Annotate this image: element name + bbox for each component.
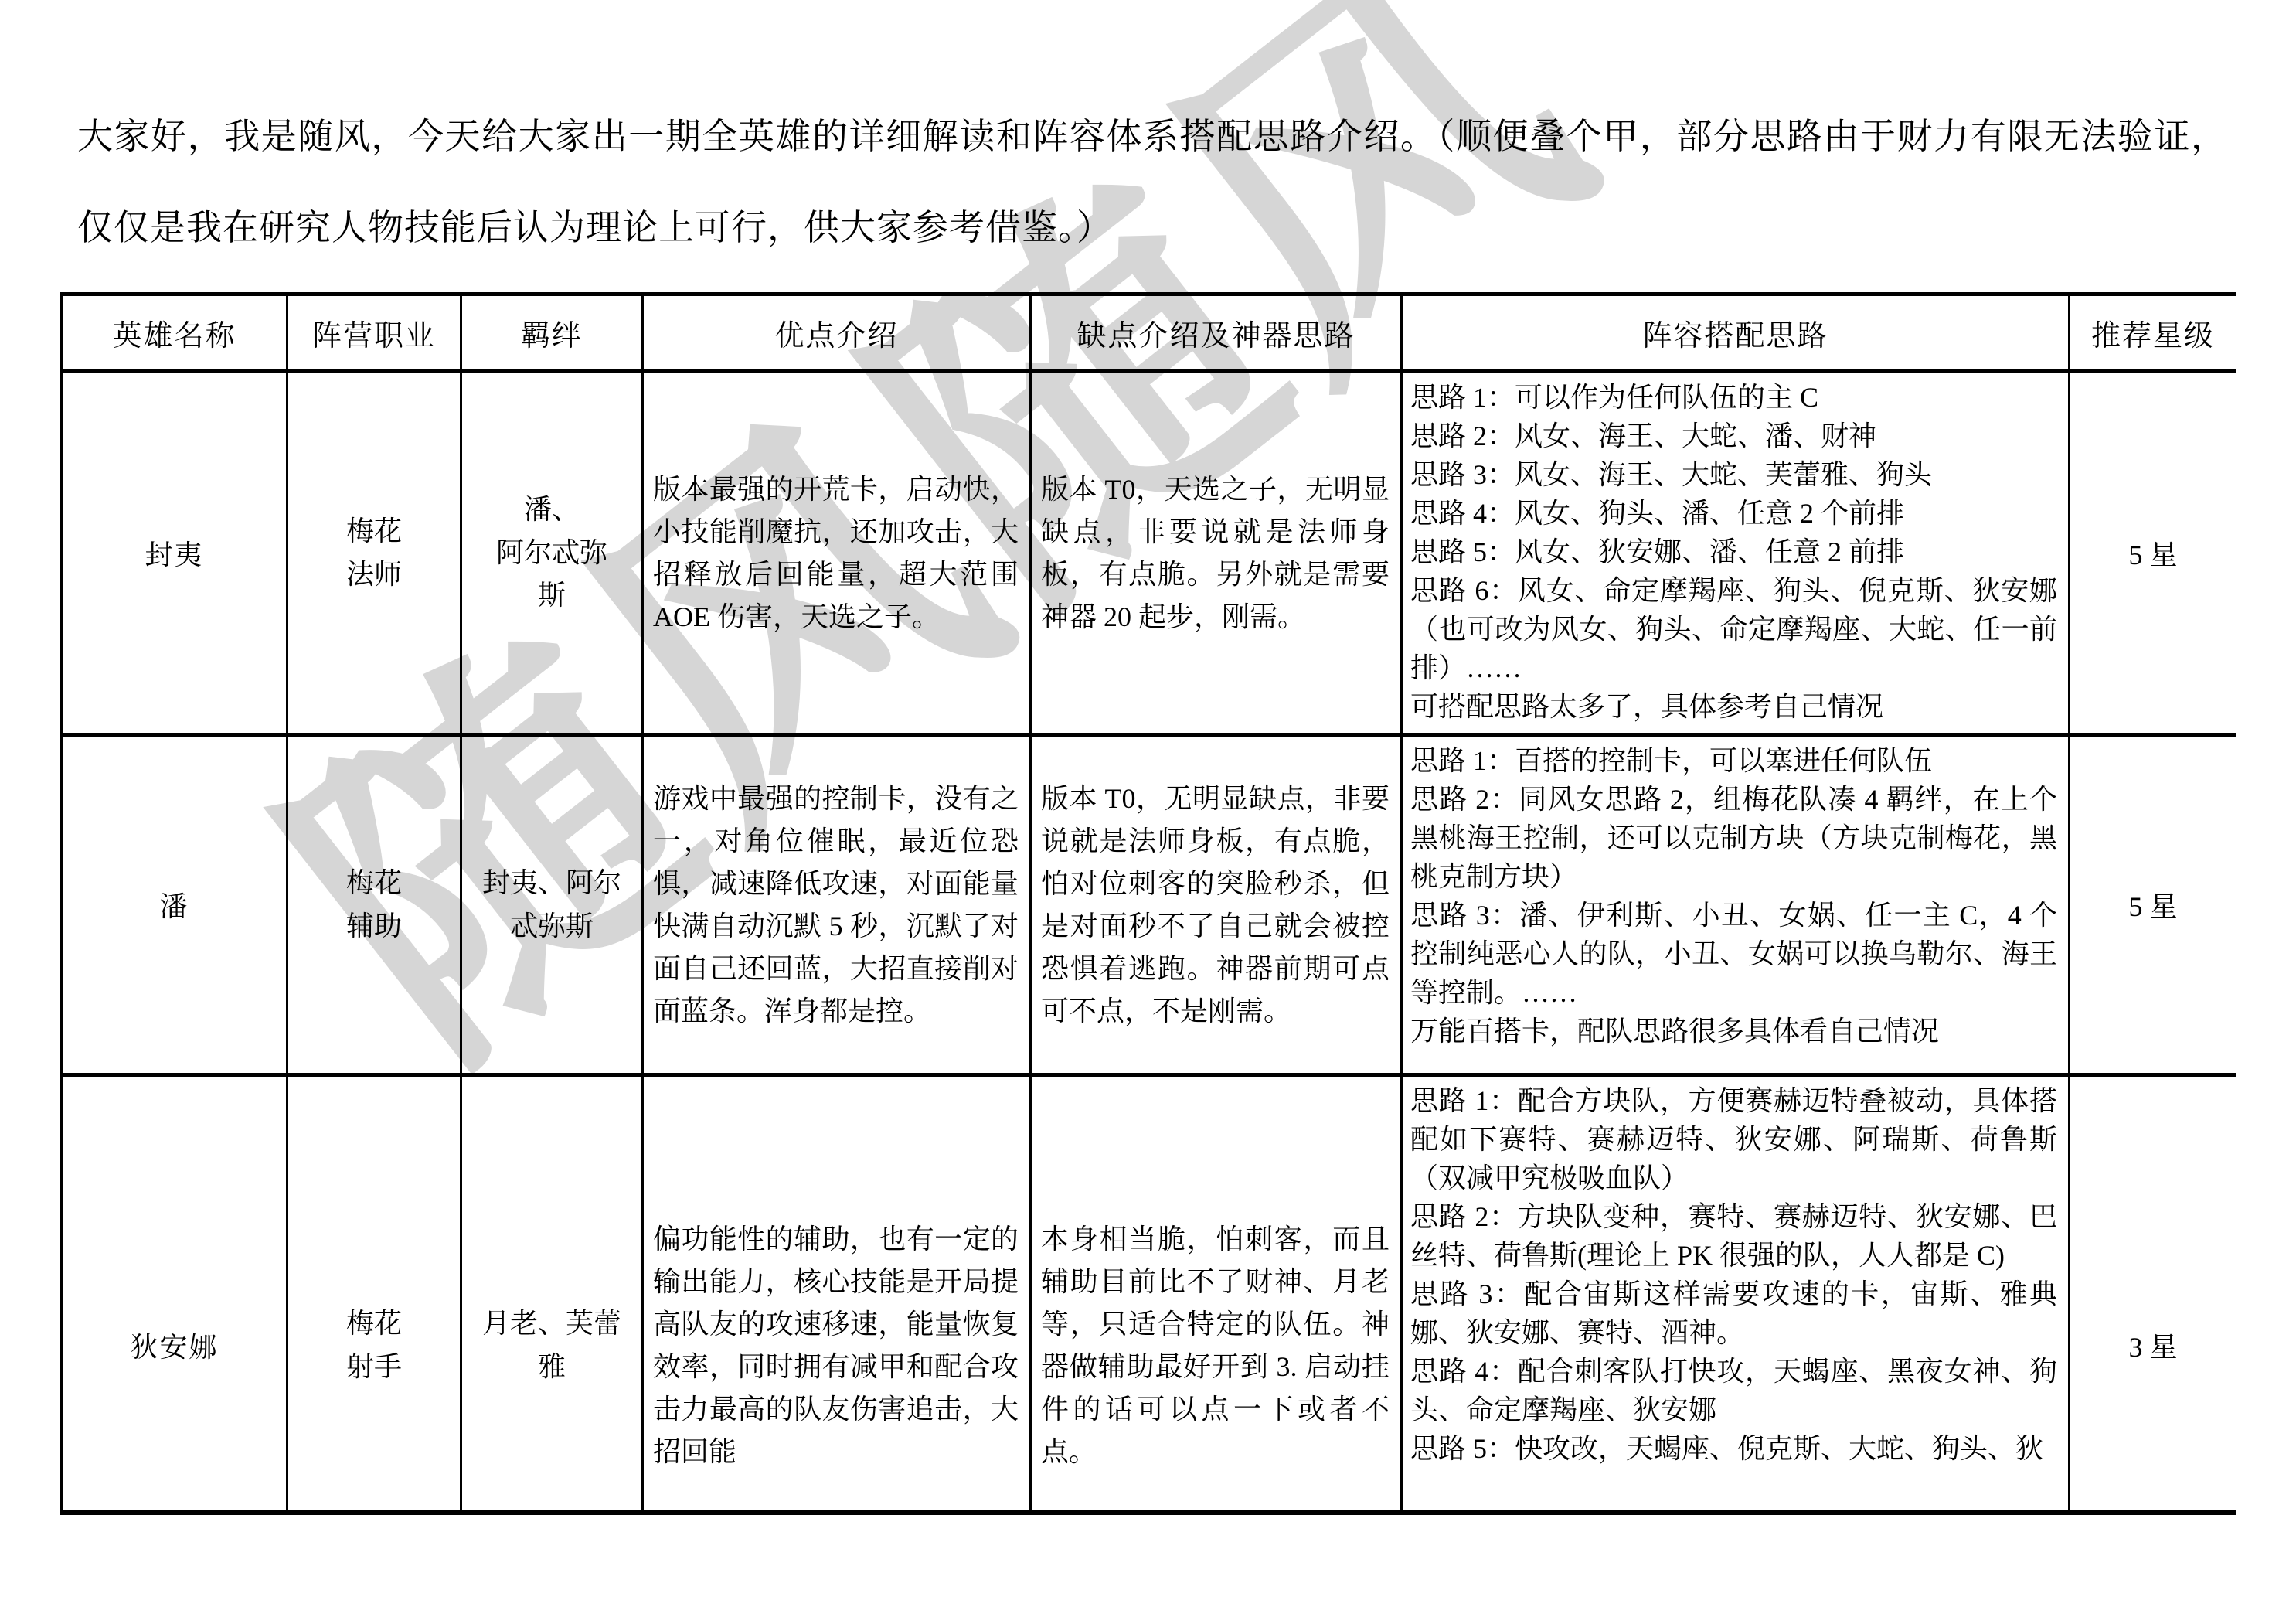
table-row-diana: 狄安娜 梅花 射手 月老、芙蕾 雅 偏功能性的辅助，也有一定的输出能力，核心技能… [62,1075,2236,1516]
col-header-bonds: 羁绊 [461,294,643,372]
header-row: 英雄名称 阵营职业 羁绊 优点介绍 缺点介绍及神器思路 阵容搭配思路 推荐星级 [62,294,2236,372]
col-header-faction-class: 阵营职业 [287,294,461,372]
col-header-cons-artifact: 缺点介绍及神器思路 [1031,294,1402,372]
col-header-lineup: 阵容搭配思路 [1402,294,2070,372]
bonds-cell: 月老、芙蕾 雅 [461,1075,643,1516]
faction-class-cell: 梅花 射手 [287,1075,461,1516]
col-header-hero-name: 英雄名称 [62,294,287,372]
hero-table-container: 英雄名称 阵营职业 羁绊 优点介绍 缺点介绍及神器思路 阵容搭配思路 推荐星级 … [60,292,2236,1515]
hero-name-cell: 狄安娜 [62,1075,287,1516]
lineup-cell: 思路 1：百搭的控制卡，可以塞进任何队伍 思路 2：同风女思路 2，组梅花队凑 … [1402,735,2070,1075]
table-row-pan: 潘 梅花 辅助 封夷、阿尔 忒弥斯 游戏中最强的控制卡，没有之一，对角位催眠，最… [62,735,2236,1075]
cons-cell: 本身相当脆，怕刺客，而且辅助目前比不了财神、月老等，只适合特定的队伍。神器做辅助… [1031,1075,1402,1516]
faction-class-cell: 梅花 辅助 [287,735,461,1075]
col-header-star-rating: 推荐星级 [2070,294,2236,372]
pros-cell: 游戏中最强的控制卡，没有之一，对角位催眠，最近位恐惧，减速降低攻速，对面能量快满… [643,735,1031,1075]
faction-class-cell: 梅花 法师 [287,372,461,735]
intro-paragraph: 大家好，我是随风，今天给大家出一期全英雄的详细解读和阵容体系搭配思路介绍。（顺便… [77,91,2227,274]
hero-guide-table: 英雄名称 阵营职业 羁绊 优点介绍 缺点介绍及神器思路 阵容搭配思路 推荐星级 … [60,292,2236,1515]
bonds-cell: 潘、 阿尔忒弥 斯 [461,372,643,735]
pros-cell: 版本最强的开荒卡，启动快，小技能削魔抗，还加攻击，大招释放后回能量，超大范围 A… [643,372,1031,735]
cons-cell: 版本 T0，无明显缺点，非要说就是法师身板，有点脆，怕对位刺客的突脸秒杀，但是对… [1031,735,1402,1075]
star-rating-cell: 5 星 [2070,735,2236,1075]
cons-cell: 版本 T0，天选之子，无明显缺点，非要说就是法师身板，有点脆。另外就是需要神器 … [1031,372,1402,735]
lineup-cell: 思路 1：可以作为任何队伍的主 C 思路 2：风女、海王、大蛇、潘、财神 思路 … [1402,372,2070,735]
star-rating-cell: 3 星 [2070,1075,2236,1516]
table-row-fengyi: 封夷 梅花 法师 潘、 阿尔忒弥 斯 版本最强的开荒卡，启动快，小技能削魔抗，还… [62,372,2236,735]
lineup-cell: 思路 1：配合方块队，方便赛赫迈特叠被动，具体搭配如下赛特、赛赫迈特、狄安娜、阿… [1402,1075,2070,1516]
hero-name-cell: 封夷 [62,372,287,735]
col-header-pros: 优点介绍 [643,294,1031,372]
bonds-cell: 封夷、阿尔 忒弥斯 [461,735,643,1075]
pros-cell: 偏功能性的辅助，也有一定的输出能力，核心技能是开局提高队友的攻速移速，能量恢复效… [643,1075,1031,1516]
star-rating-cell: 5 星 [2070,372,2236,735]
hero-name-cell: 潘 [62,735,287,1075]
